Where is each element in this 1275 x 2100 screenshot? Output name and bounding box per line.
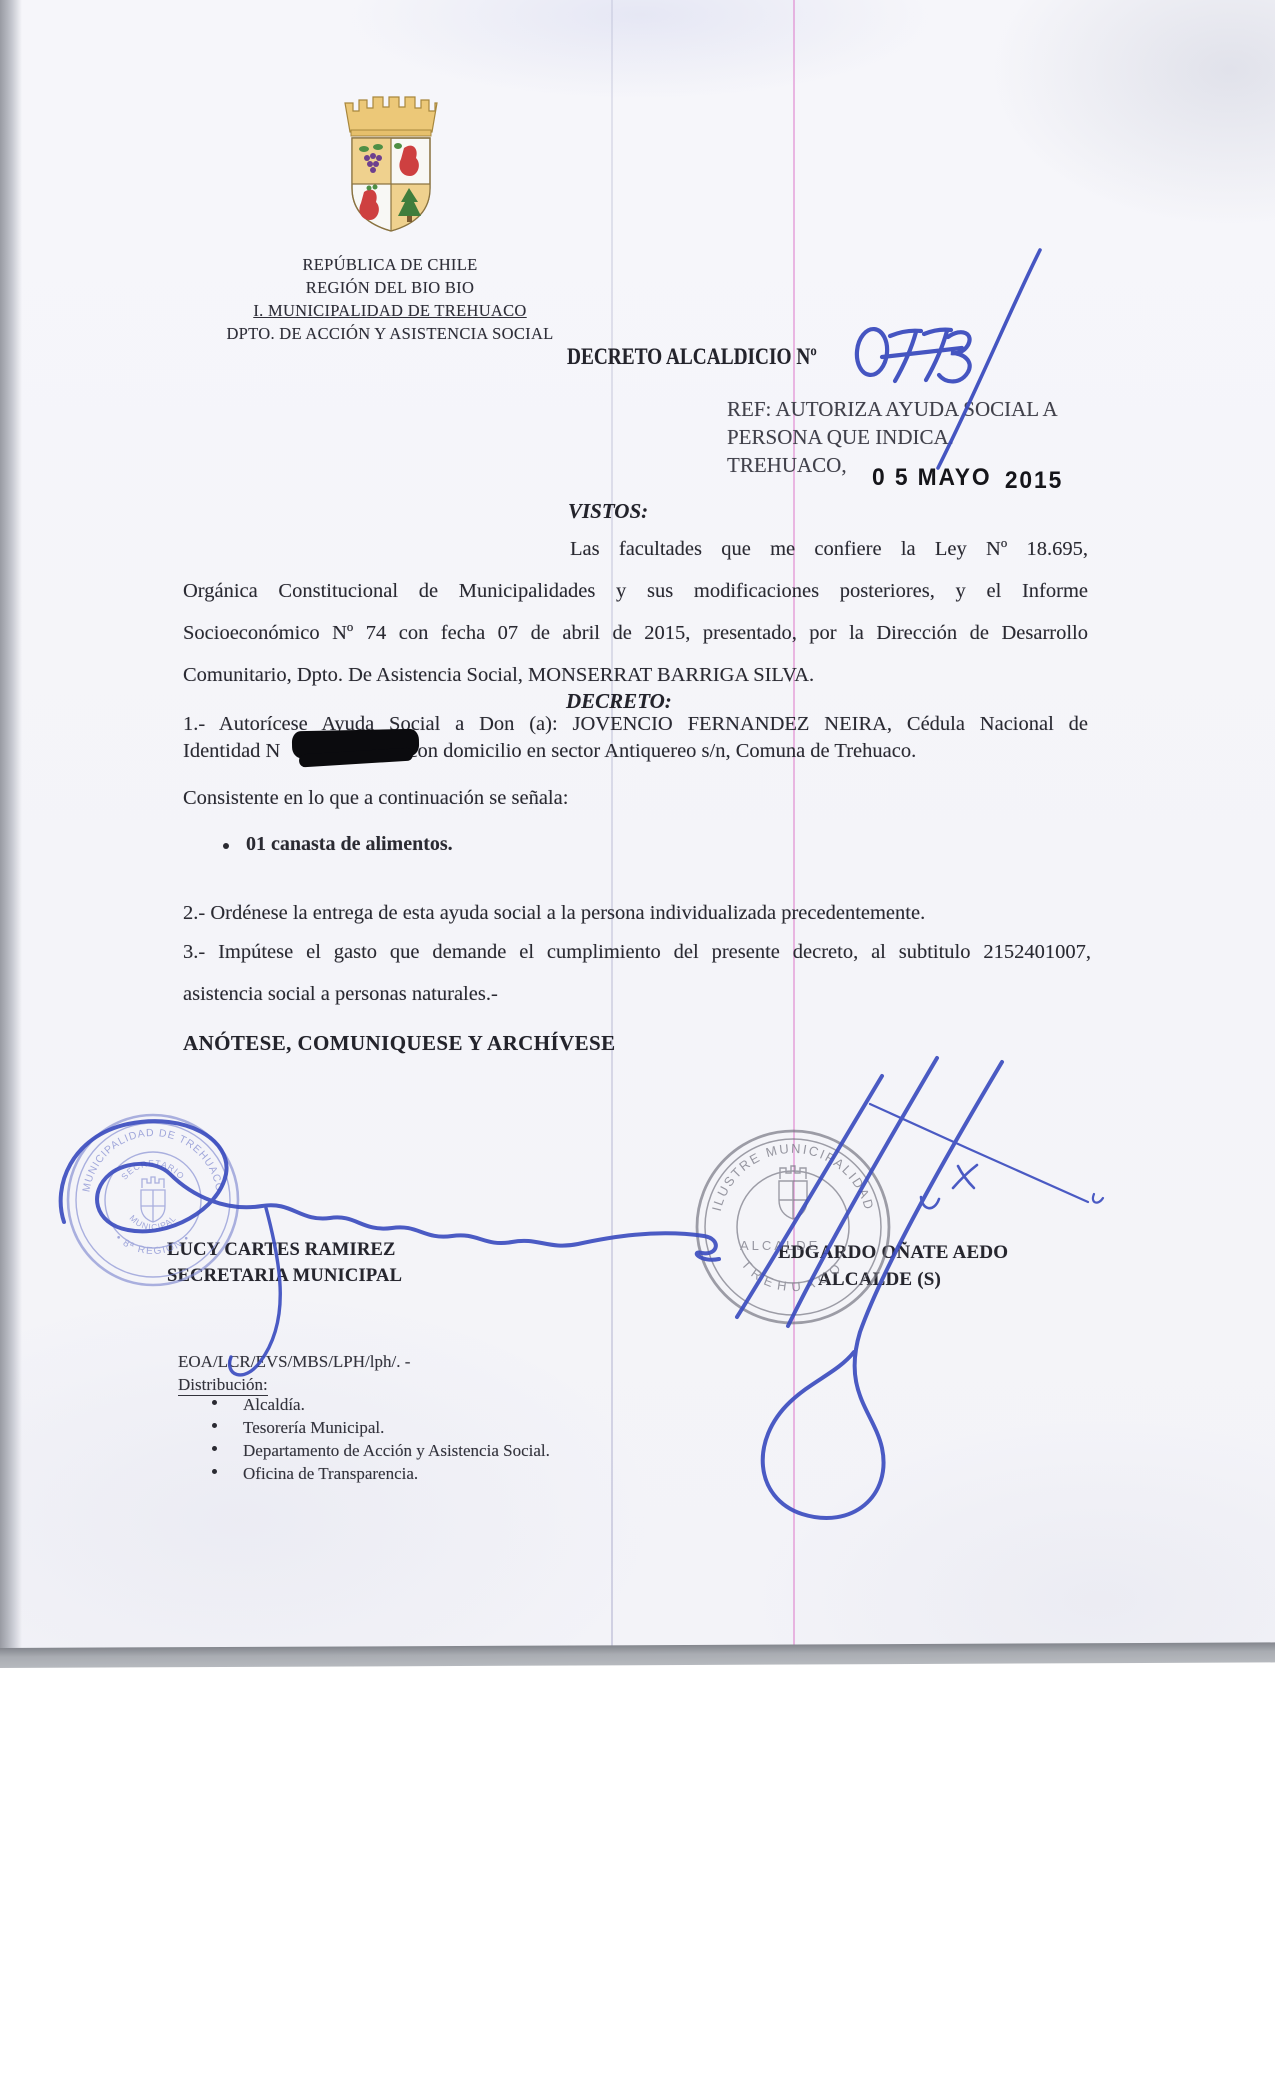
distribution-item: Alcaldía. bbox=[243, 1392, 305, 1417]
consistente-line: Consistente en lo que a continuación se … bbox=[183, 786, 568, 811]
mayor-name: EDGARDO OÑATE AEDO bbox=[778, 1240, 1008, 1265]
scanner-pink-line bbox=[793, 0, 795, 1664]
mayor-title: ALCALDE (S) bbox=[818, 1267, 941, 1292]
vistos-heading: VISTOS: bbox=[568, 499, 648, 524]
distribution-item: Tesorería Municipal. bbox=[243, 1415, 384, 1440]
decreto-heading: DECRETO: bbox=[566, 689, 672, 714]
decreto-item3-line2: asistencia social a personas naturales.- bbox=[183, 982, 498, 1007]
paper-fold-line bbox=[611, 0, 613, 1650]
letterhead-line-country: REPÚBLICA DE CHILE bbox=[165, 253, 615, 276]
identity-prefix: Identidad N bbox=[183, 740, 280, 762]
coat-of-arms bbox=[326, 90, 454, 242]
crown-icon bbox=[345, 97, 437, 132]
date-stamp-year: 2015 bbox=[1005, 467, 1063, 495]
closing-line: ANÓTESE, COMUNIQUESE Y ARCHÍVESE bbox=[183, 1031, 616, 1056]
decreto-item2: 2.- Ordénese la entrega de esta ayuda so… bbox=[183, 901, 925, 926]
date-stamp-day-month: 0 5 MAYO bbox=[872, 464, 992, 491]
scan-bottom-edge bbox=[0, 1642, 1275, 1668]
ref-line-3: TREHUACO, bbox=[727, 453, 847, 478]
bullet-icon bbox=[212, 1423, 217, 1428]
scan-left-edge-shadow bbox=[0, 0, 22, 1650]
letterhead: REPÚBLICA DE CHILE REGIÓN DEL BIO BIO I.… bbox=[165, 253, 615, 345]
secretary-name: LUCY CARTES RAMIREZ bbox=[167, 1238, 396, 1263]
bullet-icon bbox=[212, 1400, 217, 1405]
vistos-line-2: Orgánica Constitucional de Municipalidad… bbox=[183, 579, 1088, 604]
decree-title: DECRETO ALCALDICIO Nº bbox=[567, 344, 817, 369]
bullet-icon bbox=[223, 843, 229, 849]
letterhead-line-department: DPTO. DE ACCIÓN Y ASISTENCIA SOCIAL bbox=[165, 322, 615, 345]
bullet-icon bbox=[212, 1446, 217, 1451]
distribution-item: Departamento de Acción y Asistencia Soci… bbox=[243, 1438, 550, 1463]
identity-suffix: con domicilio en sector Antiquereo s/n, … bbox=[408, 740, 916, 762]
paper-sheet bbox=[0, 0, 1275, 1650]
decreto-item3-line1: 3.- Impútese el gasto que demande el cum… bbox=[183, 940, 1091, 965]
ref-line-1: REF: AUTORIZA AYUDA SOCIAL A bbox=[727, 397, 1058, 422]
ref-line-2: PERSONA QUE INDICA. bbox=[727, 425, 954, 450]
letterhead-line-municipality: I. MUNICIPALIDAD DE TREHUACO bbox=[165, 299, 615, 322]
vistos-line-3: Socioeconómico Nº 74 con fecha 07 de abr… bbox=[183, 621, 1088, 646]
bullet-icon bbox=[212, 1469, 217, 1474]
scanned-decree-document: { "colors": { "ink_blue": "#3c4dbf", "st… bbox=[0, 0, 1275, 2100]
vistos-line-4: Comunitario, Dpto. De Asistencia Social,… bbox=[183, 663, 814, 688]
letterhead-line-region: REGIÓN DEL BIO BIO bbox=[165, 276, 615, 299]
secretary-title: SECRETARIA MUNICIPAL bbox=[167, 1264, 402, 1289]
aid-bullet-item: 01 canasta de alimentos. bbox=[246, 832, 453, 857]
date-received-stamp: 0 5 MAYO2015 bbox=[872, 464, 1063, 492]
footer-initials: EOA/LCR/EVS/MBS/LPH/lph/. - bbox=[178, 1349, 410, 1374]
distribution-item: Oficina de Transparencia. bbox=[243, 1461, 418, 1486]
vistos-line-1: Las facultades que me confiere la Ley Nº… bbox=[570, 537, 1088, 562]
